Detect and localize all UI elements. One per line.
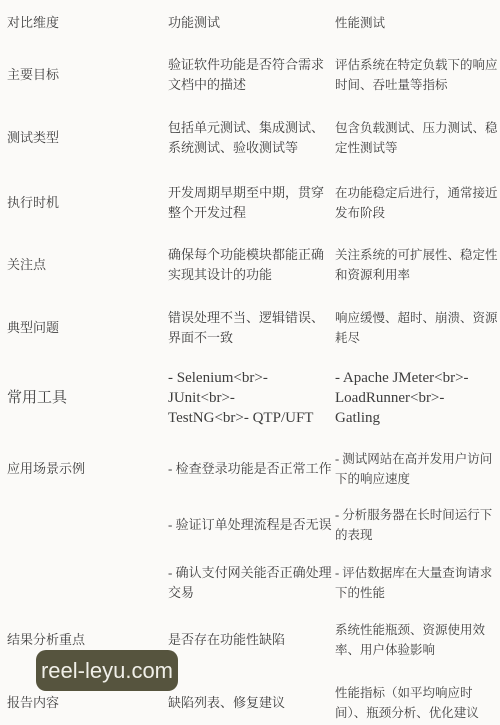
dimension-label: 典型问题	[7, 318, 168, 338]
header-functional: 功能测试	[168, 13, 335, 33]
table-row-tools: 常用工具 - Selenium<br>- JUnit<br>- TestNG<b…	[7, 368, 500, 428]
performance-cell: 评估系统在特定负载下的响应时间、吞吐量等指标	[335, 55, 500, 95]
table-row-typical-issues: 典型问题 错误处理不当、逻辑错误、界面不一致 响应缓慢、超时、崩溃、资源耗尽	[7, 308, 500, 348]
functional-cell: 包括单元测试、集成测试、系统测试、验收测试等	[168, 118, 335, 158]
performance-cell: 在功能稳定后进行，通常接近发布阶段	[335, 183, 500, 223]
table-row-main-goal: 主要目标 验证软件功能是否符合需求文档中的描述 评估系统在特定负载下的响应时间、…	[7, 55, 500, 95]
performance-cell: - 评估数据库在大量查询请求下的性能	[335, 563, 500, 603]
functional-cell: 确保每个功能模块都能正确实现其设计的功能	[168, 245, 335, 285]
dimension-label: 主要目标	[7, 65, 168, 85]
functional-cell: - 检查登录功能是否正常工作	[168, 459, 335, 479]
scenario-item-row: 应用场景示例 - 检查登录功能是否正常工作 - 测试网站在高并发用户访问下的响应…	[7, 449, 500, 489]
table-row-focus: 关注点 确保每个功能模块都能正确实现其设计的功能 关注系统的可扩展性、稳定性和资…	[7, 245, 500, 285]
functional-cell: 开发周期早期至中期，贯穿整个开发过程	[168, 183, 335, 223]
performance-cell: - Apache JMeter<br>- LoadRunner<br>- Gat…	[335, 368, 500, 428]
performance-cell: 关注系统的可扩展性、稳定性和资源利用率	[335, 245, 500, 285]
functional-cell: - Selenium<br>- JUnit<br>- TestNG<br>- Q…	[168, 368, 335, 428]
header-dimension: 对比维度	[7, 13, 168, 33]
functional-cell: 是否存在功能性缺陷	[168, 630, 335, 650]
performance-cell: 包含负载测试、压力测试、稳定性测试等	[335, 118, 500, 158]
dimension-label: 执行时机	[7, 193, 168, 213]
scenario-item-row: - 确认支付网关能否正确处理交易 - 评估数据库在大量查询请求下的性能	[7, 563, 500, 603]
watermark-badge: reel-leyu.com	[36, 650, 178, 691]
comparison-table-page: 对比维度 功能测试 性能测试 主要目标 验证软件功能是否符合需求文档中的描述 评…	[0, 0, 500, 725]
table-row-scenarios: 应用场景示例 - 检查登录功能是否正常工作 - 测试网站在高并发用户访问下的响应…	[7, 449, 500, 603]
dimension-label: 结果分析重点	[7, 630, 168, 650]
dimension-label: 关注点	[7, 255, 168, 275]
functional-cell: 错误处理不当、逻辑错误、界面不一致	[168, 308, 335, 348]
scenario-item-row: - 验证订单处理流程是否无误 - 分析服务器在长时间运行下的表现	[7, 505, 500, 545]
table-header-row: 对比维度 功能测试 性能测试	[7, 13, 500, 33]
dimension-label: 应用场景示例	[7, 459, 168, 479]
dimension-label: 测试类型	[7, 128, 168, 148]
functional-cell: - 验证订单处理流程是否无误	[168, 515, 335, 535]
functional-cell: 验证软件功能是否符合需求文档中的描述	[168, 55, 335, 95]
dimension-label: 常用工具	[7, 388, 168, 408]
dimension-label: 报告内容	[7, 693, 168, 713]
performance-cell: 系统性能瓶颈、资源使用效率、用户体验影响	[335, 620, 500, 660]
table-row-test-types: 测试类型 包括单元测试、集成测试、系统测试、验收测试等 包含负载测试、压力测试、…	[7, 118, 500, 158]
header-performance: 性能测试	[335, 13, 500, 33]
functional-cell: 缺陷列表、修复建议	[168, 693, 335, 713]
performance-cell: 响应缓慢、超时、崩溃、资源耗尽	[335, 308, 500, 348]
table-row-timing: 执行时机 开发周期早期至中期，贯穿整个开发过程 在功能稳定后进行，通常接近发布阶…	[7, 183, 500, 223]
watermark-text: reel-leyu.com	[41, 658, 173, 684]
functional-cell: - 确认支付网关能否正确处理交易	[168, 563, 335, 603]
performance-cell: 性能指标（如平均响应时间）、瓶颈分析、优化建议	[335, 683, 500, 723]
performance-cell: - 测试网站在高并发用户访问下的响应速度	[335, 449, 500, 489]
performance-cell: - 分析服务器在长时间运行下的表现	[335, 505, 500, 545]
